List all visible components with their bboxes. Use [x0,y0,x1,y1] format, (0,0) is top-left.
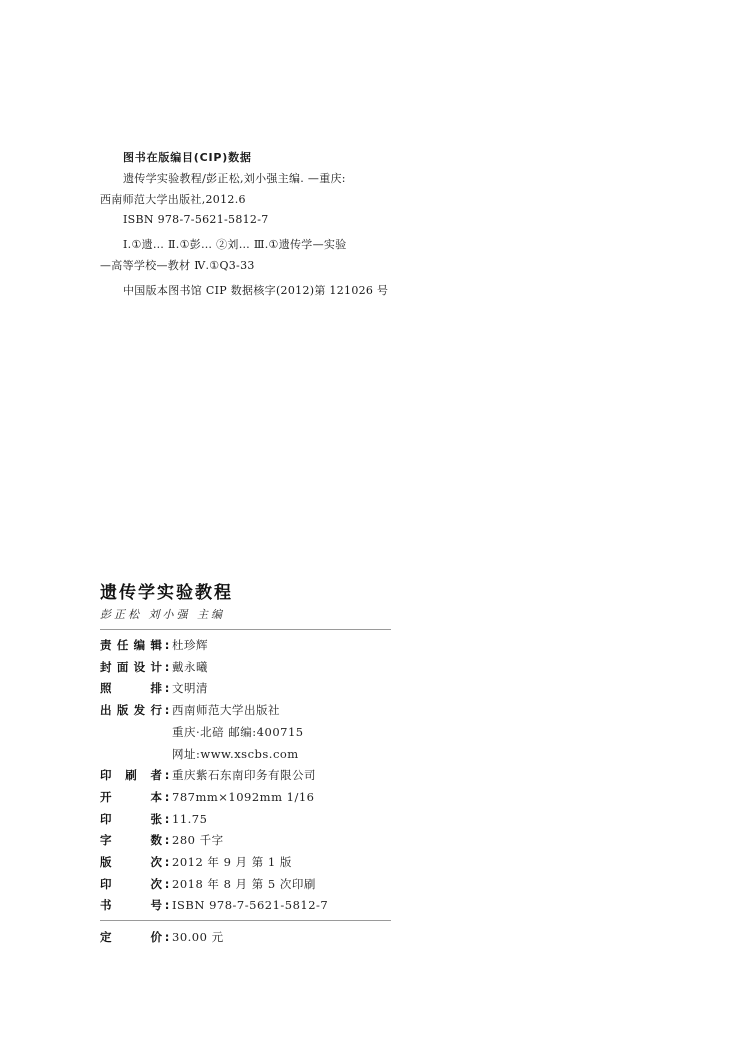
cip-line-isbn: ISBN 978-7-5621-5812-7 [123,211,269,229]
row-cover-design: 封面设计:戴永曦 [100,658,208,676]
row-editor-label: 责任编辑 [100,636,162,654]
cip-heading: 图书在版编目(CIP)数据 [123,149,252,167]
row-format: 开本:787mm×1092mm 1/16 [100,788,314,806]
row-printing: 印次:2018 年 8 月 第 5 次印刷 [100,875,316,893]
book-authors: 彭正松 刘小强 主编 [100,606,225,622]
row-cover-design-label: 封面设计 [100,658,162,676]
row-format-value: 787mm×1092mm 1/16 [172,788,314,806]
cip-line-publisher: 西南师范大学出版社,2012.6 [100,191,246,209]
copyright-page: 图书在版编目(CIP)数据 遗传学实验教程/彭正松,刘小强主编. —重庆: 西南… [0,0,750,1045]
row-printing-value: 2018 年 8 月 第 5 次印刷 [172,875,316,893]
row-edition-label: 版次 [100,853,162,871]
row-word-count: 字数:280 千字 [100,831,224,849]
row-printer-label: 印刷者 [100,766,162,784]
cip-line-classification: Ⅰ.①遗… Ⅱ.①彭… ②刘… Ⅲ.①遗传学—实验 [123,236,347,254]
row-isbn: 书号:ISBN 978-7-5621-5812-7 [100,896,328,914]
row-sheets-value: 11.75 [172,810,207,828]
row-editor: 责任编辑:杜珍辉 [100,636,208,654]
row-typesetting-label: 照排 [100,679,162,697]
row-typesetting: 照排:文明清 [100,679,208,697]
divider-bottom [100,920,391,921]
cip-line-title: 遗传学实验教程/彭正松,刘小强主编. —重庆: [123,170,346,188]
cip-line-classification-cont: —高等学校—教材 Ⅳ.①Q3-33 [100,257,255,275]
row-isbn-label: 书号 [100,896,162,914]
row-cover-design-value: 戴永曦 [172,658,208,676]
row-word-count-value: 280 千字 [172,831,224,849]
row-edition-value: 2012 年 9 月 第 1 版 [172,853,292,871]
row-website-value: 网址:www.xscbs.com [172,745,299,763]
price-row: 定 价 : 30.00 元 [100,928,224,946]
price-value: 30.00 元 [172,928,224,946]
row-printer: 印刷者:重庆紫石东南印务有限公司 [100,766,316,784]
row-printer-value: 重庆紫石东南印务有限公司 [172,766,316,784]
row-edition: 版次:2012 年 9 月 第 1 版 [100,853,292,871]
row-address-value: 重庆·北碚 邮编:400715 [172,723,304,741]
row-sheets-label: 印张 [100,810,162,828]
book-title: 遗传学实验教程 [100,578,233,603]
row-sheets: 印张:11.75 [100,810,207,828]
row-isbn-value: ISBN 978-7-5621-5812-7 [172,896,328,914]
cip-line-record-number: 中国版本图书馆 CIP 数据核字(2012)第 121026 号 [123,282,388,300]
row-word-count-label: 字数 [100,831,162,849]
row-publisher-value: 西南师范大学出版社 [172,701,280,719]
row-publisher: 出版发行:西南师范大学出版社 [100,701,280,719]
row-typesetting-value: 文明清 [172,679,208,697]
row-printing-label: 印次 [100,875,162,893]
row-publisher-label: 出版发行 [100,701,162,719]
row-format-label: 开本 [100,788,162,806]
divider-top [100,629,391,630]
price-label: 定 价 [100,928,162,946]
row-editor-value: 杜珍辉 [172,636,208,654]
